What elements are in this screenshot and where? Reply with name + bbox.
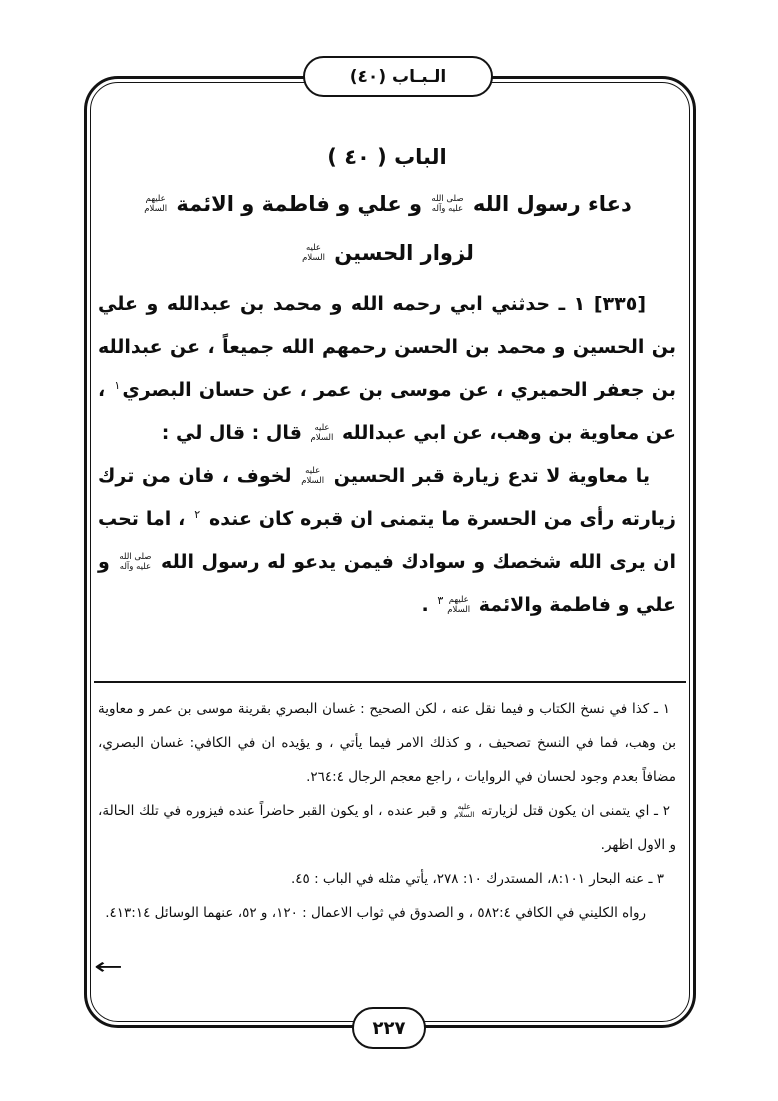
- footnote-2: ٢ ـ اي يتمنى ان يكون قتل لزيارته عليهالس…: [98, 794, 676, 862]
- page-number-badge: ٢٢٧: [352, 1007, 426, 1049]
- footnote-3: ٣ ـ عنه البحار ٨:١٠١، المستدرك ١٠: ٢٧٨، …: [98, 862, 676, 896]
- chapter-tab-label: الـبـاب (٤٠): [350, 67, 446, 87]
- honorific-stamp-as: عليهالسلام: [454, 803, 474, 820]
- honorific-stamp-as: عليهالسلام: [311, 424, 334, 443]
- hadith-isnad-paragraph: [٣٣٥] ١ ـ حدثني ابي رحمه الله و محمد بن …: [98, 283, 676, 455]
- page-number: ٢٢٧: [373, 1018, 406, 1039]
- footnotes-block: ١ ـ كذا في نسخ الكتاب و فيما نقل عنه ، ل…: [98, 692, 676, 930]
- book-page: الـبـاب (٤٠) الباب ( ٤٠ ) دعاء رسول الله…: [0, 0, 778, 1101]
- footnote-1: ١ ـ كذا في نسخ الكتاب و فيما نقل عنه ، ل…: [98, 692, 676, 794]
- honorific-stamp-as: عليهالسلام: [301, 467, 324, 486]
- chapter-title: الباب ( ٤٠ ): [98, 134, 676, 180]
- honorific-stamp-asm: عليهمالسلام: [447, 596, 470, 615]
- honorific-stamp-asm: عليهمالسلام: [144, 195, 167, 214]
- chapter-subtitle-line2: لزوار الحسين عليهالسلام: [98, 229, 676, 278]
- footnote-marker: ٢: [194, 508, 200, 521]
- honorific-stamp-saww: صلى اللهعليه وآله: [431, 195, 463, 214]
- footnote-marker: ٣: [437, 594, 443, 607]
- hadith-body: [٣٣٥] ١ ـ حدثني ابي رحمه الله و محمد بن …: [98, 283, 676, 627]
- chapter-titles: الباب ( ٤٠ ) دعاء رسول الله صلى اللهعليه…: [98, 134, 676, 278]
- back-arrow-icon: ←: [94, 954, 123, 980]
- hadith-text-paragraph: يا معاوية لا تدع زيارة قبر الحسين عليهال…: [98, 455, 676, 627]
- honorific-stamp-as: عليهالسلام: [302, 244, 325, 263]
- honorific-stamp-saww: صلى اللهعليه وآله: [119, 553, 151, 572]
- chapter-header-tab: الـبـاب (٤٠): [303, 56, 493, 97]
- footnote-separator-rule: [94, 681, 686, 683]
- footnote-marker: ١: [114, 379, 120, 392]
- chapter-subtitle-line1: دعاء رسول الله صلى اللهعليه وآله و علي و…: [98, 180, 676, 229]
- footnote-3-references: رواه الكليني في الكافي ٥٨٢:٤ ، و الصدوق …: [98, 896, 676, 930]
